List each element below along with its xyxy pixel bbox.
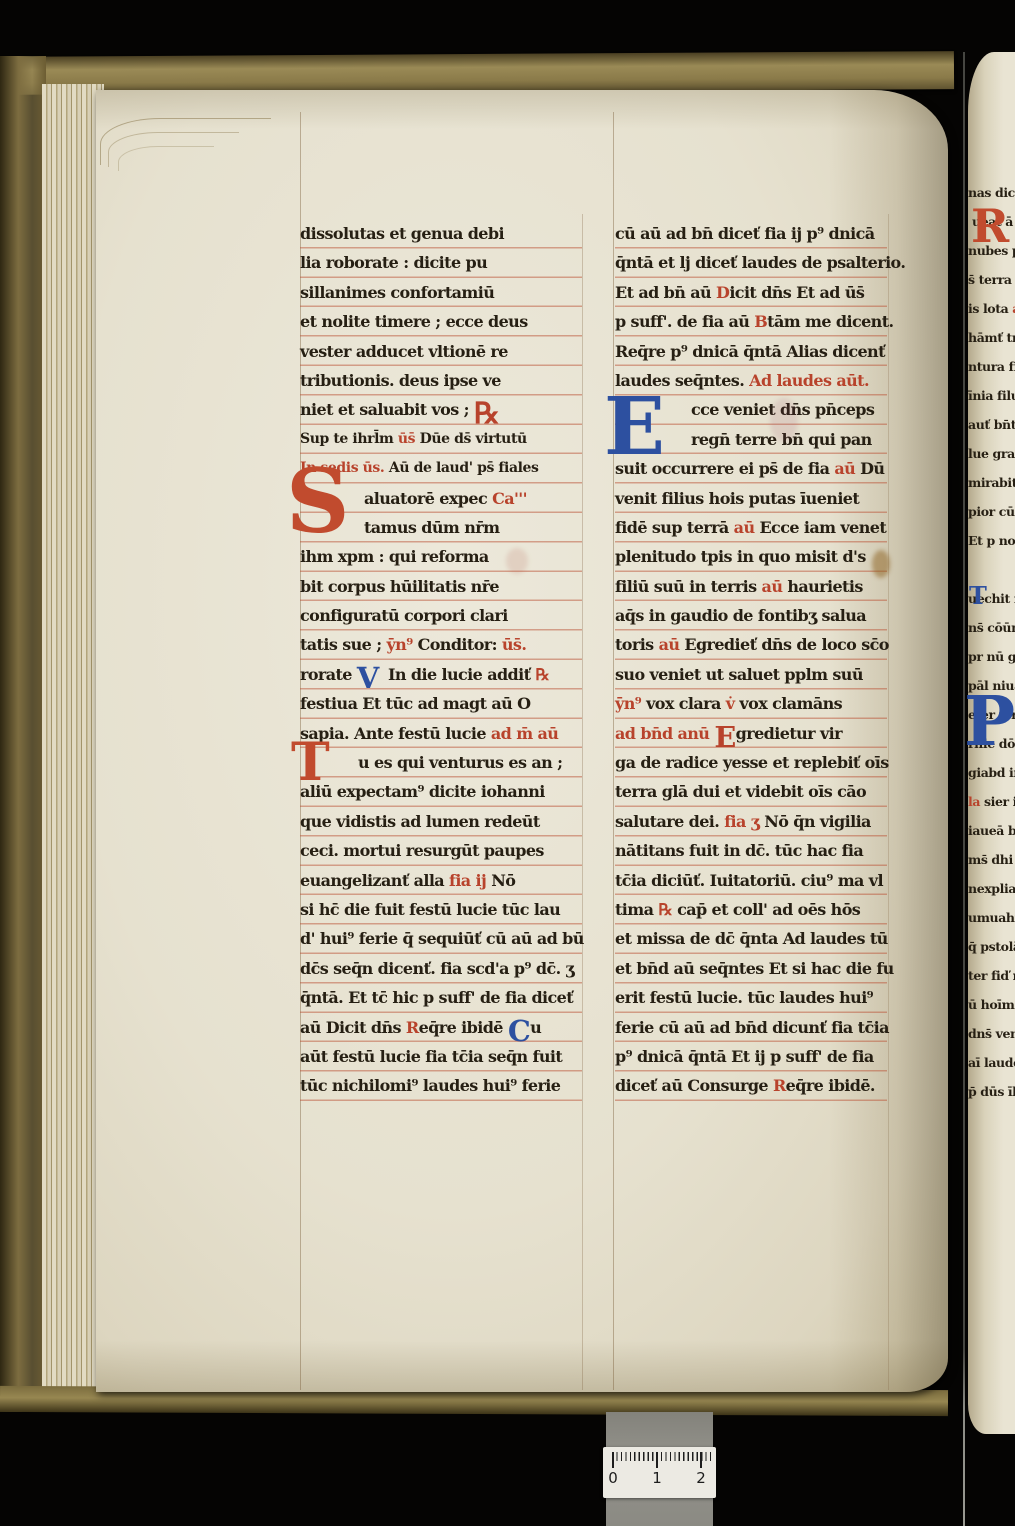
text-segment: aū <box>659 635 685 654</box>
text-segment: bit corpus hūilitatis nr̄e <box>300 577 499 596</box>
text-line: et bn̄d aū seq̄ntes Et si hac die fu <box>615 954 887 983</box>
text-segment: ga de radice yesse et replebiť oīs <box>615 753 889 772</box>
facing-text-line: lue grandis via <box>968 439 1015 468</box>
text-line: euangelizanť alla fia ij Nō <box>300 866 582 895</box>
text-segment: cap̄ et coll' ad oēs hōs <box>677 900 860 919</box>
text-segment: aū Dicit dn̄s <box>300 1018 406 1037</box>
text-segment: aū <box>834 459 860 478</box>
manuscript-photo: dissolutas et genua debilia roborate : d… <box>0 0 1015 1526</box>
text-segment: icit dn̄s Et ad ūs̄ <box>729 283 864 302</box>
illuminated-initial-T: T <box>969 585 987 607</box>
text-segment: q̄ pstolā len <box>968 939 1015 954</box>
book-board-left-edge <box>0 56 46 1412</box>
text-segment: Sup te ihrl̄m <box>300 431 398 447</box>
text-segment: lia roborate : dicite pu <box>300 253 487 272</box>
text-line: q̄ntā et lj diceť laudes de psalterio. <box>615 248 887 277</box>
text-line: si hc̄ die fuit festū lucie tūc lau <box>300 895 582 924</box>
text-segment: tūc nichilomi⁹ laudes hui⁹ ferie <box>300 1076 560 1095</box>
facing-text-line: umuahť mīd <box>968 903 1015 932</box>
text-line: bit corpus hūilitatis nr̄e <box>300 572 582 601</box>
text-segment: Nō <box>491 871 515 890</box>
ruler-tick-1 <box>656 1452 658 1468</box>
page-corner-curve <box>118 146 214 171</box>
text-segment: gredietur vir <box>736 724 842 743</box>
text-segment: ceci. mortui resurgūt paupes <box>300 841 544 860</box>
text-segment: p̄ dūs ībī <box>968 1084 1015 1099</box>
text-line: tc̄ia diciūť. Iuitatoriū. ciu⁹ ma vl <box>615 866 887 895</box>
text-line: et nolite timere ; ecce deus <box>300 307 582 336</box>
parchment-stain <box>770 398 798 442</box>
text-line: ceci. mortui resurgūt paupes <box>300 836 582 865</box>
text-segment: terra glā dui et videbit oīs cāo <box>615 782 866 801</box>
facing-text-line: īnia filuť Sy on <box>968 381 1015 410</box>
text-segment: la <box>968 794 984 809</box>
text-segment: Conditor: <box>418 635 502 654</box>
text-segment: ūs̄ <box>398 431 420 447</box>
text-segment: D <box>716 283 729 302</box>
text-segment: ms̄ dhi umr n <box>968 852 1015 867</box>
ruler-tick-0 <box>612 1452 614 1468</box>
facing-text-line: ms̄ dhi umr n <box>968 845 1015 874</box>
text-segment: et bn̄d aū seq̄ntes Et si hac die fu <box>615 959 894 978</box>
text-line: tatis sue ; ȳn⁹ Conditor: ūs̄. <box>300 630 582 659</box>
text-line: p suff'. de fia aū Btām me dicent. <box>615 307 887 336</box>
ruler-minor-ticks <box>612 1452 711 1461</box>
text-segment: si hc̄ die fuit festū lucie tūc lau <box>300 900 560 919</box>
text-segment: fia ʒ <box>724 812 764 831</box>
facing-text-line: pior cū habitāt <box>968 497 1015 526</box>
text-line: nātitans fuit in dc̄. tūc hac fia <box>615 836 887 865</box>
text-segment: dissolutas et genua debi <box>300 224 504 243</box>
facing-text-line: Et p nop̄ein lau <box>968 526 1015 555</box>
text-segment: is lota <box>968 301 1012 316</box>
text-line: Et ad bn̄ aū Dicit dn̄s Et ad ūs̄ <box>615 278 887 307</box>
text-line: toris aū Egredieť dn̄s de loco sc̄o <box>615 630 887 659</box>
text-line: plenitudo tpis in quo misit d's <box>615 542 887 571</box>
text-line: suo veniet ut saluet pplm suū <box>615 660 887 689</box>
text-segment: eq̄re ibidē <box>419 1018 508 1037</box>
text-segment: tām me dicent. <box>767 312 893 331</box>
text-segment: tatis sue ; <box>300 635 386 654</box>
ruler-tick-2 <box>700 1452 702 1468</box>
text-segment: In die lucie addiť <box>388 665 535 684</box>
text-segment: ad bn̄d anū <box>615 724 714 743</box>
text-line: venit filius hois putas īueniet <box>615 484 887 513</box>
text-segment: salutare dei. <box>615 812 724 831</box>
text-segment: configuratū corpori clari <box>300 606 508 625</box>
ruling-line-vertical <box>582 214 583 1390</box>
ruling-line-vertical <box>613 112 614 1390</box>
text-segment: haurietis <box>787 577 862 596</box>
text-segment: Egredieť dn̄s de loco sc̄o <box>684 635 889 654</box>
text-segment: q̄ntā et lj diceť laudes de psalterio. <box>615 253 905 272</box>
text-segment: Ca''' <box>492 489 527 508</box>
text-line: aq̄s in gaudio de fontibʒ salua <box>615 601 887 630</box>
text-segment: toris <box>615 635 659 654</box>
text-segment: ȳn⁹ <box>615 694 646 713</box>
text-segment: s̄ terra et germi <box>968 272 1015 287</box>
text-segment: ℞ <box>658 900 677 919</box>
text-line: ga de radice yesse et replebiť oīs <box>615 748 887 777</box>
text-segment: Dū <box>860 459 884 478</box>
text-segment: p⁹ dnicā q̄ntā Et ij p suff' de fia <box>615 1047 874 1066</box>
text-segment: dns̄ veniet <box>968 1026 1015 1041</box>
text-segment: festiua Et tūc ad magt aū O <box>300 694 530 713</box>
text-segment: ns̄ cōūnā in p̄n <box>968 620 1015 635</box>
illuminated-initial-R: R <box>971 206 1009 247</box>
text-segment: R <box>773 1076 786 1095</box>
facing-text-line: la sier id ceu <box>968 787 1015 816</box>
text-segment: vester adducet vltionē re <box>300 342 508 361</box>
text-segment: hāmť tm̄ de p <box>968 330 1015 345</box>
facing-text-line: giabd insous <box>968 758 1015 787</box>
text-segment: īnia filuť Sy on <box>968 388 1015 403</box>
parchment-stain <box>506 548 528 574</box>
text-line: ad bn̄d anū Egredietur vir <box>615 719 887 748</box>
text-segment: ȳn⁹ <box>386 635 417 654</box>
text-segment: tc̄ia diciūť. Iuitatoriū. ciu⁹ ma vl <box>615 871 883 890</box>
text-segment: auť bn̄t in terras <box>968 417 1015 432</box>
text-line: aliū expectam⁹ dicite iohanni <box>300 777 582 806</box>
text-segment: et missa de dc̄ q̄nta Ad laudes tū <box>615 929 888 948</box>
page-edges-stack <box>42 84 104 1396</box>
text-segment: Ad laudes aūt. <box>749 371 869 390</box>
text-segment: Et p nop̄ein lau <box>968 533 1015 548</box>
text-segment: erit festū lucie. tūc laudes hui⁹ <box>615 988 873 1007</box>
text-segment: cū aū ad bn̄ diceť fia ij p⁹ dnicā <box>615 224 875 243</box>
text-line: sapia. Ante festū lucie ad m̄ aū <box>300 719 582 748</box>
text-segment: filiū suū in terris <box>615 577 762 596</box>
text-line: terra glā dui et videbit oīs cāo <box>615 777 887 806</box>
text-line: Req̄re p⁹ dnicā q̄ntā Alias dicenť <box>615 337 887 366</box>
text-line: aūt festū lucie fia tc̄ia seq̄n fuit <box>300 1042 582 1071</box>
text-line: dc̄s seq̄n dicenť. fia scd'a p⁹ dc̄. ʒ <box>300 954 582 983</box>
text-segment: Aū de laud' ps̄ fiales <box>389 460 539 476</box>
text-segment: iaueā bingiť an <box>968 823 1015 838</box>
illuminated-initial-T: T <box>291 740 330 787</box>
text-line: u es qui venturus es an ; <box>300 748 582 777</box>
text-line: rorate V In die lucie addiť ℞ <box>300 660 582 689</box>
text-segment: ntura fiat Sy ō <box>968 359 1015 374</box>
facing-text-line: mirabiť dūi insta <box>968 468 1015 497</box>
text-segment: et nolite timere ; ecce deus <box>300 312 528 331</box>
text-segment: aūt festū lucie fia tc̄ia seq̄n fuit <box>300 1047 562 1066</box>
text-segment: nexplia mīsť <box>968 881 1015 896</box>
text-segment: aū <box>734 518 760 537</box>
facing-text-line: ntura fiat Sy ō <box>968 352 1015 381</box>
text-segment: Req̄re p⁹ dnicā q̄ntā Alias dicenť <box>615 342 885 361</box>
ruler: 0 1 2 <box>603 1447 716 1498</box>
text-line: que vidistis ad lumen redeūt <box>300 807 582 836</box>
facing-text-line: p̄ dūs ībī <box>968 1077 1015 1106</box>
text-segment: p suff'. de fia aū <box>615 312 754 331</box>
text-line: et missa de dc̄ q̄nta Ad laudes tū <box>615 924 887 953</box>
text-segment: nas diciť le <box>968 185 1015 200</box>
text-segment: sillanimes confortamiū <box>300 283 494 302</box>
text-line: vester adducet vltionē re <box>300 337 582 366</box>
text-segment: umuahť mīd <box>968 910 1015 925</box>
text-line: lia roborate : dicite pu <box>300 248 582 277</box>
text-line: cū aū ad bn̄ diceť fia ij p⁹ dnicā <box>615 219 887 248</box>
text-line: diceť aū Consurge Req̄re ibidē. <box>615 1071 887 1100</box>
text-segment: aluatorē expec <box>364 489 492 508</box>
text-segment: Dūe ds̄ virtutū <box>420 431 527 447</box>
parchment-stain <box>872 550 890 578</box>
text-segment: giabd insous <box>968 765 1015 780</box>
text-segment: Ecce iam venet <box>759 518 886 537</box>
facing-text-line: pr nū guer b'ur <box>968 642 1015 671</box>
text-segment: rorate <box>300 665 357 684</box>
text-line: configuratū corpori clari <box>300 601 582 630</box>
text-segment: ad m̄ aū <box>491 724 558 743</box>
facing-text-line: s̄ terra et germi <box>968 265 1015 294</box>
text-line: tributionis. deus ipse ve <box>300 366 582 395</box>
text-segment: Nō q̄n vigilia <box>764 812 871 831</box>
text-segment: ū hoīm fau <box>968 997 1015 1012</box>
text-segment: vox clamāns <box>739 694 842 713</box>
text-line: fidē sup terrā aū Ecce iam venet <box>615 513 887 542</box>
text-line: q̄ntā. Et tc̄ hic p suff' de fia diceť <box>300 983 582 1012</box>
text-segment: sier id ceu <box>984 794 1015 809</box>
facing-text-line: nexplia mīsť <box>968 874 1015 903</box>
text-line: sillanimes confortamiū <box>300 278 582 307</box>
illuminated-initial-P: P <box>964 692 1015 753</box>
facing-text-line: q̄ pstolā len <box>968 932 1015 961</box>
facing-text-line: ns̄ cōūnā in p̄n <box>968 613 1015 642</box>
text-segment: q̄ntā. Et tc̄ hic p suff' de fia diceť <box>300 988 573 1007</box>
text-segment: aliū expectam⁹ dicite iohanni <box>300 782 545 801</box>
text-segment: u <box>530 1018 541 1037</box>
text-segment: suo veniet ut saluet pplm suū <box>615 665 863 684</box>
facing-text-line: ter fiď mans <box>968 961 1015 990</box>
text-segment: v̇ <box>726 694 740 713</box>
text-line: erit festū lucie. tūc laudes hui⁹ <box>615 983 887 1012</box>
text-segment: diceť aū Consurge <box>615 1076 773 1095</box>
text-segment: tima <box>615 900 658 919</box>
facing-text-line <box>968 555 1015 584</box>
facing-text-line: aī laudē <box>968 1048 1015 1077</box>
text-line: festiua Et tūc ad magt aū O <box>300 689 582 718</box>
text-column-left: dissolutas et genua debilia roborate : d… <box>300 219 582 1101</box>
binding-fold-line <box>963 52 965 1526</box>
ruler-label-0: 0 <box>605 1469 621 1487</box>
facing-text-line: auť bn̄t in terras <box>968 410 1015 439</box>
text-segment: ℞ <box>535 665 549 684</box>
text-segment: ūs̄. <box>502 635 526 654</box>
text-segment: mirabiť dūi insta <box>968 475 1015 490</box>
text-segment: niet et saluabit vos ; <box>300 400 474 419</box>
text-segment: aū <box>762 577 788 596</box>
text-line: p⁹ dnicā q̄ntā Et ij p suff' de fia <box>615 1042 887 1071</box>
text-segment: aī laudē <box>968 1055 1015 1070</box>
text-line: dissolutas et genua debi <box>300 219 582 248</box>
illuminated-initial-E: E <box>604 390 665 462</box>
text-segment: tamus dūm nr̄m <box>364 518 499 537</box>
text-line: d' hui⁹ ferie q̄ sequiūť cū aū ad bū <box>300 924 582 953</box>
text-segment: pior cū habitāt <box>968 504 1015 519</box>
facing-text-line: ū hoīm fau <box>968 990 1015 1019</box>
text-line: ferie cū aū ad bn̄d dicunť fia tc̄ia <box>615 1013 887 1042</box>
text-line: niet et saluabit vos ; ℞ <box>300 395 582 424</box>
text-segment: que vidistis ad lumen redeūt <box>300 812 540 831</box>
text-line: tūc nichilomi⁹ laudes hui⁹ ferie <box>300 1071 582 1100</box>
text-segment: tributionis. deus ipse ve <box>300 371 501 390</box>
text-segment: ter fiď mans <box>968 968 1015 983</box>
text-segment: eq̄re ibidē. <box>786 1076 875 1095</box>
text-line: salutare dei. fia ʒ Nō q̄n vigilia <box>615 807 887 836</box>
text-segment: aq̄s in gaudio de fontibʒ salua <box>615 606 866 625</box>
ruler-label-2: 2 <box>693 1469 709 1487</box>
ruling-line-vertical <box>888 214 889 1390</box>
text-segment: venit filius hois putas īueniet <box>615 489 859 508</box>
book-board-top-edge <box>0 51 954 95</box>
illuminated-initial-S: S <box>286 462 350 541</box>
text-segment: plenitudo tpis in quo misit d's <box>615 547 866 566</box>
text-segment: fidē sup terrā <box>615 518 734 537</box>
text-segment: euangelizanť alla <box>300 871 449 890</box>
ruler-label-1: 1 <box>649 1469 665 1487</box>
text-segment: lue grandis via <box>968 446 1015 461</box>
text-segment: fia ij <box>449 871 491 890</box>
facing-text-line: hāmť tm̄ de p <box>968 323 1015 352</box>
facing-text-line: iaueā bingiť an <box>968 816 1015 845</box>
text-line: aū Dicit dn̄s Req̄re ibidē Cu <box>300 1013 582 1042</box>
text-line: filiū suū in terris aū haurietis <box>615 572 887 601</box>
text-segment: B <box>754 312 767 331</box>
text-line: tima ℞ cap̄ et coll' ad oēs hōs <box>615 895 887 924</box>
text-segment: d' hui⁹ ferie q̄ sequiūť cū aū ad bū <box>300 929 584 948</box>
text-segment: nātitans fuit in dc̄. tūc hac fia <box>615 841 863 860</box>
text-segment: pr nū guer b'ur <box>968 649 1015 664</box>
facing-text-line: is lota aū equita <box>968 294 1015 323</box>
text-segment: dc̄s seq̄n dicenť. fia scd'a p⁹ dc̄. ʒ <box>300 959 574 978</box>
text-column-right: cū aū ad bn̄ diceť fia ij p⁹ dnicāq̄ntā … <box>615 219 887 1101</box>
text-segment: vox clara <box>646 694 726 713</box>
text-segment: R <box>406 1018 419 1037</box>
text-segment: u es qui venturus es an ; <box>358 753 562 772</box>
text-line: ȳn⁹ vox clara v̇ vox clamāns <box>615 689 887 718</box>
facing-text-line: dns̄ veniet <box>968 1019 1015 1048</box>
text-segment: ferie cū aū ad bn̄d dicunť fia tc̄ia <box>615 1018 889 1037</box>
text-segment: Et ad bn̄ aū <box>615 283 716 302</box>
